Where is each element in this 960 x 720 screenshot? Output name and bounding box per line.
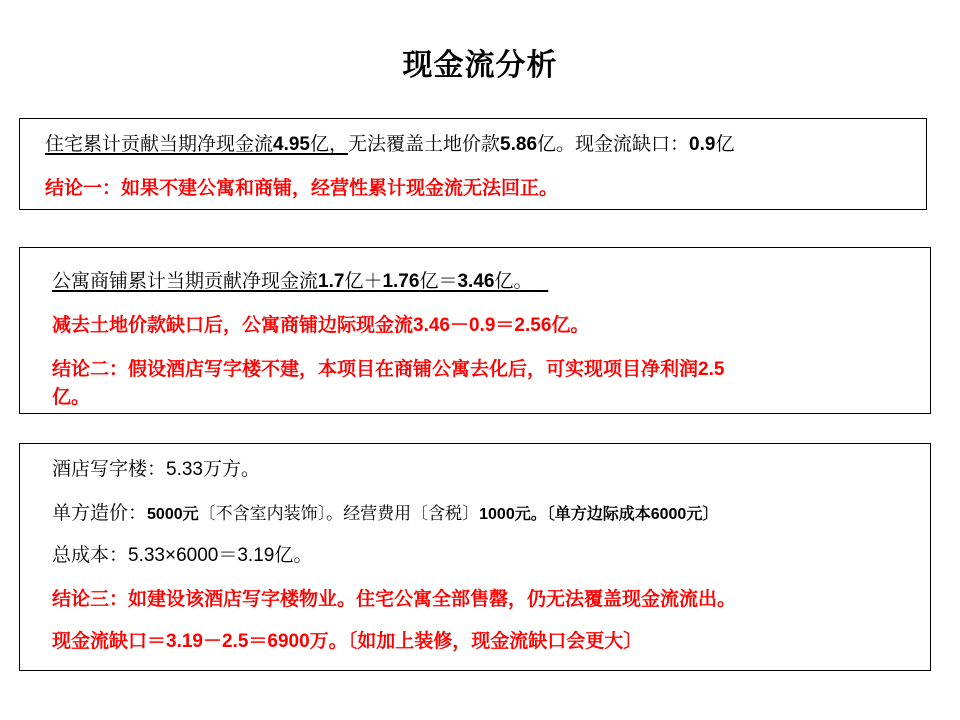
marginal-cashflow-line: 减去土地价款缺口后，公寓商铺边际现金流3.46－0.9＝2.56亿。 [52, 314, 589, 338]
cashflow-gap-unit: 亿 [715, 134, 734, 155]
hotel-office-cost-box: 酒店写字楼：5.33万方。 单方造价：5000元〔不含室内装饰〕。经营费用〔含税… [19, 443, 931, 671]
land-cost-unit: 亿。现金流缺口： [537, 134, 689, 155]
unit-cost-label: 单方造价： [52, 503, 147, 524]
residential-cashflow-line: 住宅累计贡献当期净现金流4.95亿，无法覆盖土地价款5.86亿。现金流缺口：0.… [45, 133, 734, 157]
cashflow-gap-label: 现金流缺口＝ [52, 631, 166, 652]
operating-cost-value: 1000元。〔单方边际成本6000元〕 [479, 506, 718, 523]
total-cost-line: 总成本：5.33×6000＝3.19亿。 [52, 544, 312, 568]
apartment-unit: 亿＋ [344, 271, 382, 292]
total-unit: 亿。 [494, 271, 532, 292]
residential-cashflow-box: 住宅累计贡献当期净现金流4.95亿，无法覆盖土地价款5.86亿。现金流缺口：0.… [19, 118, 927, 210]
residential-contribution-label: 住宅累计贡献当期净现金流 [45, 134, 273, 155]
apartment-value: 1.7 [318, 271, 344, 292]
hotel-office-area-line: 酒店写字楼：5.33万方。 [52, 458, 260, 482]
residential-contribution-unit: 亿， [310, 134, 348, 155]
net-profit-unit: 亿。 [52, 387, 90, 408]
cashflow-gap-note: 〔如加上装修，现金流缺口会更大〕 [348, 631, 643, 652]
hotel-office-area-value: 5.33万方。 [166, 459, 260, 480]
total-value: 3.46 [457, 271, 494, 292]
cashflow-gap-line: 现金流缺口＝3.19－2.5＝6900万。〔如加上装修，现金流缺口会更大〕 [52, 630, 642, 654]
unit-cost-note: 〔不含室内装饰〕。经营费用〔含税〕 [199, 504, 480, 523]
apartment-shop-contribution-line: 公寓商铺累计当期贡献净现金流1.7亿＋1.76亿＝3.46亿。 [52, 270, 548, 294]
net-profit-value: 2.5 [698, 359, 724, 380]
conclusion-one: 结论一：如果不建公寓和商铺，经营性累计现金流无法回正。 [45, 177, 558, 201]
total-cost-label: 总成本： [52, 545, 128, 566]
land-cost-value: 5.86 [500, 134, 537, 155]
marginal-cashflow-formula: 3.46－0.9＝2.56 [413, 315, 551, 336]
conclusion-two-text: 结论二：假设酒店写字楼不建，本项目在商铺公寓去化后，可实现项目净利润 [52, 359, 698, 380]
apartment-shop-cashflow-box: 公寓商铺累计当期贡献净现金流1.7亿＋1.76亿＝3.46亿。 减去土地价款缺口… [19, 247, 931, 414]
cashflow-gap-value: 0.9 [689, 134, 715, 155]
unit-cost-value: 5000元 [147, 506, 199, 523]
unit-cost-line: 单方造价：5000元〔不含室内装饰〕。经营费用〔含税〕1000元。〔单方边际成本… [52, 502, 718, 527]
cashflow-gap-formula: 3.19－2.5＝6900万。 [166, 631, 348, 652]
residential-contribution-value: 4.95 [273, 134, 310, 155]
page-title: 现金流分析 [0, 40, 960, 84]
conclusion-two: 结论二：假设酒店写字楼不建，本项目在商铺公寓去化后，可实现项目净利润2.5亿。 [52, 356, 912, 412]
marginal-cashflow-unit: 亿。 [551, 315, 589, 336]
total-cost-formula: 5.33×6000＝3.19亿。 [128, 545, 312, 566]
land-cost-label: 无法覆盖土地价款 [348, 134, 500, 155]
conclusion-three: 结论三：如建设该酒店写字楼物业。住宅公寓全部售罄，仍无法覆盖现金流流出。 [52, 588, 736, 612]
shop-unit: 亿＝ [419, 271, 457, 292]
hotel-office-area-label: 酒店写字楼： [52, 459, 166, 480]
apartment-shop-label: 公寓商铺累计当期贡献净现金流 [52, 271, 318, 292]
shop-value: 1.76 [382, 271, 419, 292]
marginal-cashflow-label: 减去土地价款缺口后，公寓商铺边际现金流 [52, 315, 413, 336]
